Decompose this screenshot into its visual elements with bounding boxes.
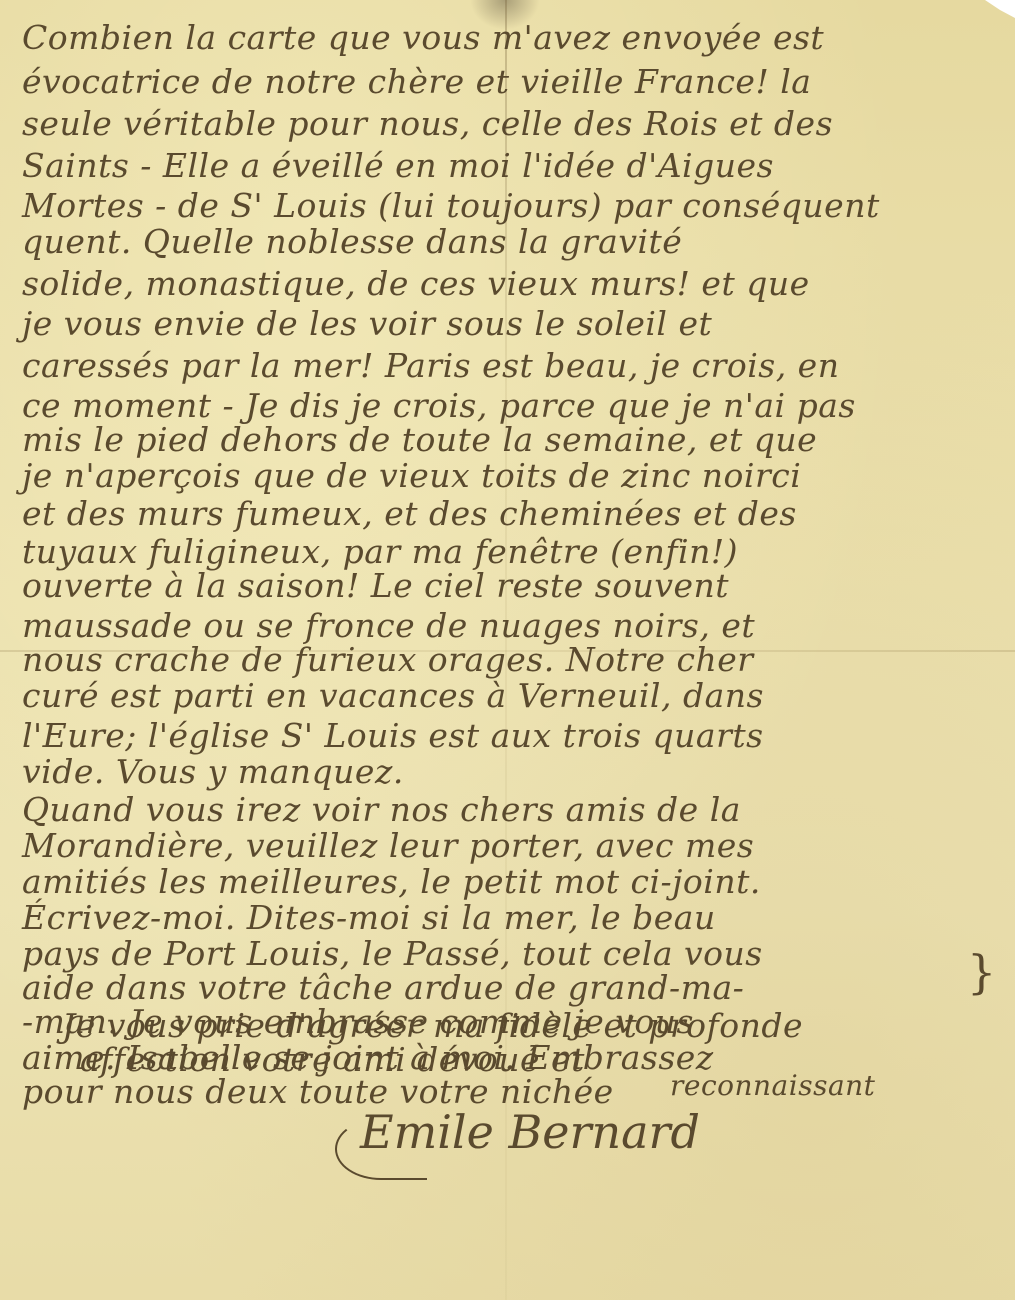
letter-line: Quand vous irez voir nos chers amis de l… bbox=[22, 790, 741, 830]
closing-line: reconnaissant bbox=[670, 1066, 875, 1106]
letter-line: mis le pied dehors de toute la semaine, … bbox=[22, 420, 817, 460]
letter-line: et des murs fumeux, et des cheminées et … bbox=[22, 494, 797, 534]
letter-line: Combien la carte que vous m'avez envoyée… bbox=[22, 18, 824, 58]
letter-line: Saints - Elle a éveillé en moi l'idée d'… bbox=[22, 146, 774, 186]
letter-line: ouverte à la saison! Le ciel reste souve… bbox=[22, 566, 729, 606]
letter-line: quent. Quelle noblesse dans la gravité bbox=[22, 222, 682, 262]
letter-page: Combien la carte que vous m'avez envoyée… bbox=[0, 0, 1015, 1300]
brace-mark: } bbox=[967, 945, 996, 999]
letter-line: je vous envie de les voir sous le soleil… bbox=[22, 304, 712, 344]
letter-line: curé est parti en vacances à Verneuil, d… bbox=[22, 676, 764, 716]
letter-line: vide. Vous y manquez. bbox=[22, 752, 404, 792]
letter-line: l'Eure; l'église S' Louis est aux trois … bbox=[22, 716, 764, 756]
closing-line: affection votre ami dévoué et bbox=[80, 1040, 585, 1080]
letter-line: Écrivez-moi. Dites-moi si la mer, le bea… bbox=[22, 898, 716, 938]
letter-line: amitiés les meilleures, le petit mot ci-… bbox=[22, 862, 761, 902]
letter-line: nous crache de furieux orages. Notre che… bbox=[22, 640, 754, 680]
letter-line: évocatrice de notre chère et vieille Fra… bbox=[22, 62, 811, 102]
signature: Emile Bernard bbox=[360, 1105, 700, 1159]
letter-line: je n'aperçois que de vieux toits de zinc… bbox=[22, 456, 801, 496]
letter-line: solide, monastique, de ces vieux murs! e… bbox=[22, 264, 810, 304]
letter-line: Morandière, veuillez leur porter, avec m… bbox=[22, 826, 754, 866]
letter-line: caressés par la mer! Paris est beau, je … bbox=[22, 346, 839, 386]
letter-line: Mortes - de S' Louis (lui toujours) par … bbox=[22, 186, 880, 226]
letter-line: seule véritable pour nous, celle des Roi… bbox=[22, 104, 833, 144]
